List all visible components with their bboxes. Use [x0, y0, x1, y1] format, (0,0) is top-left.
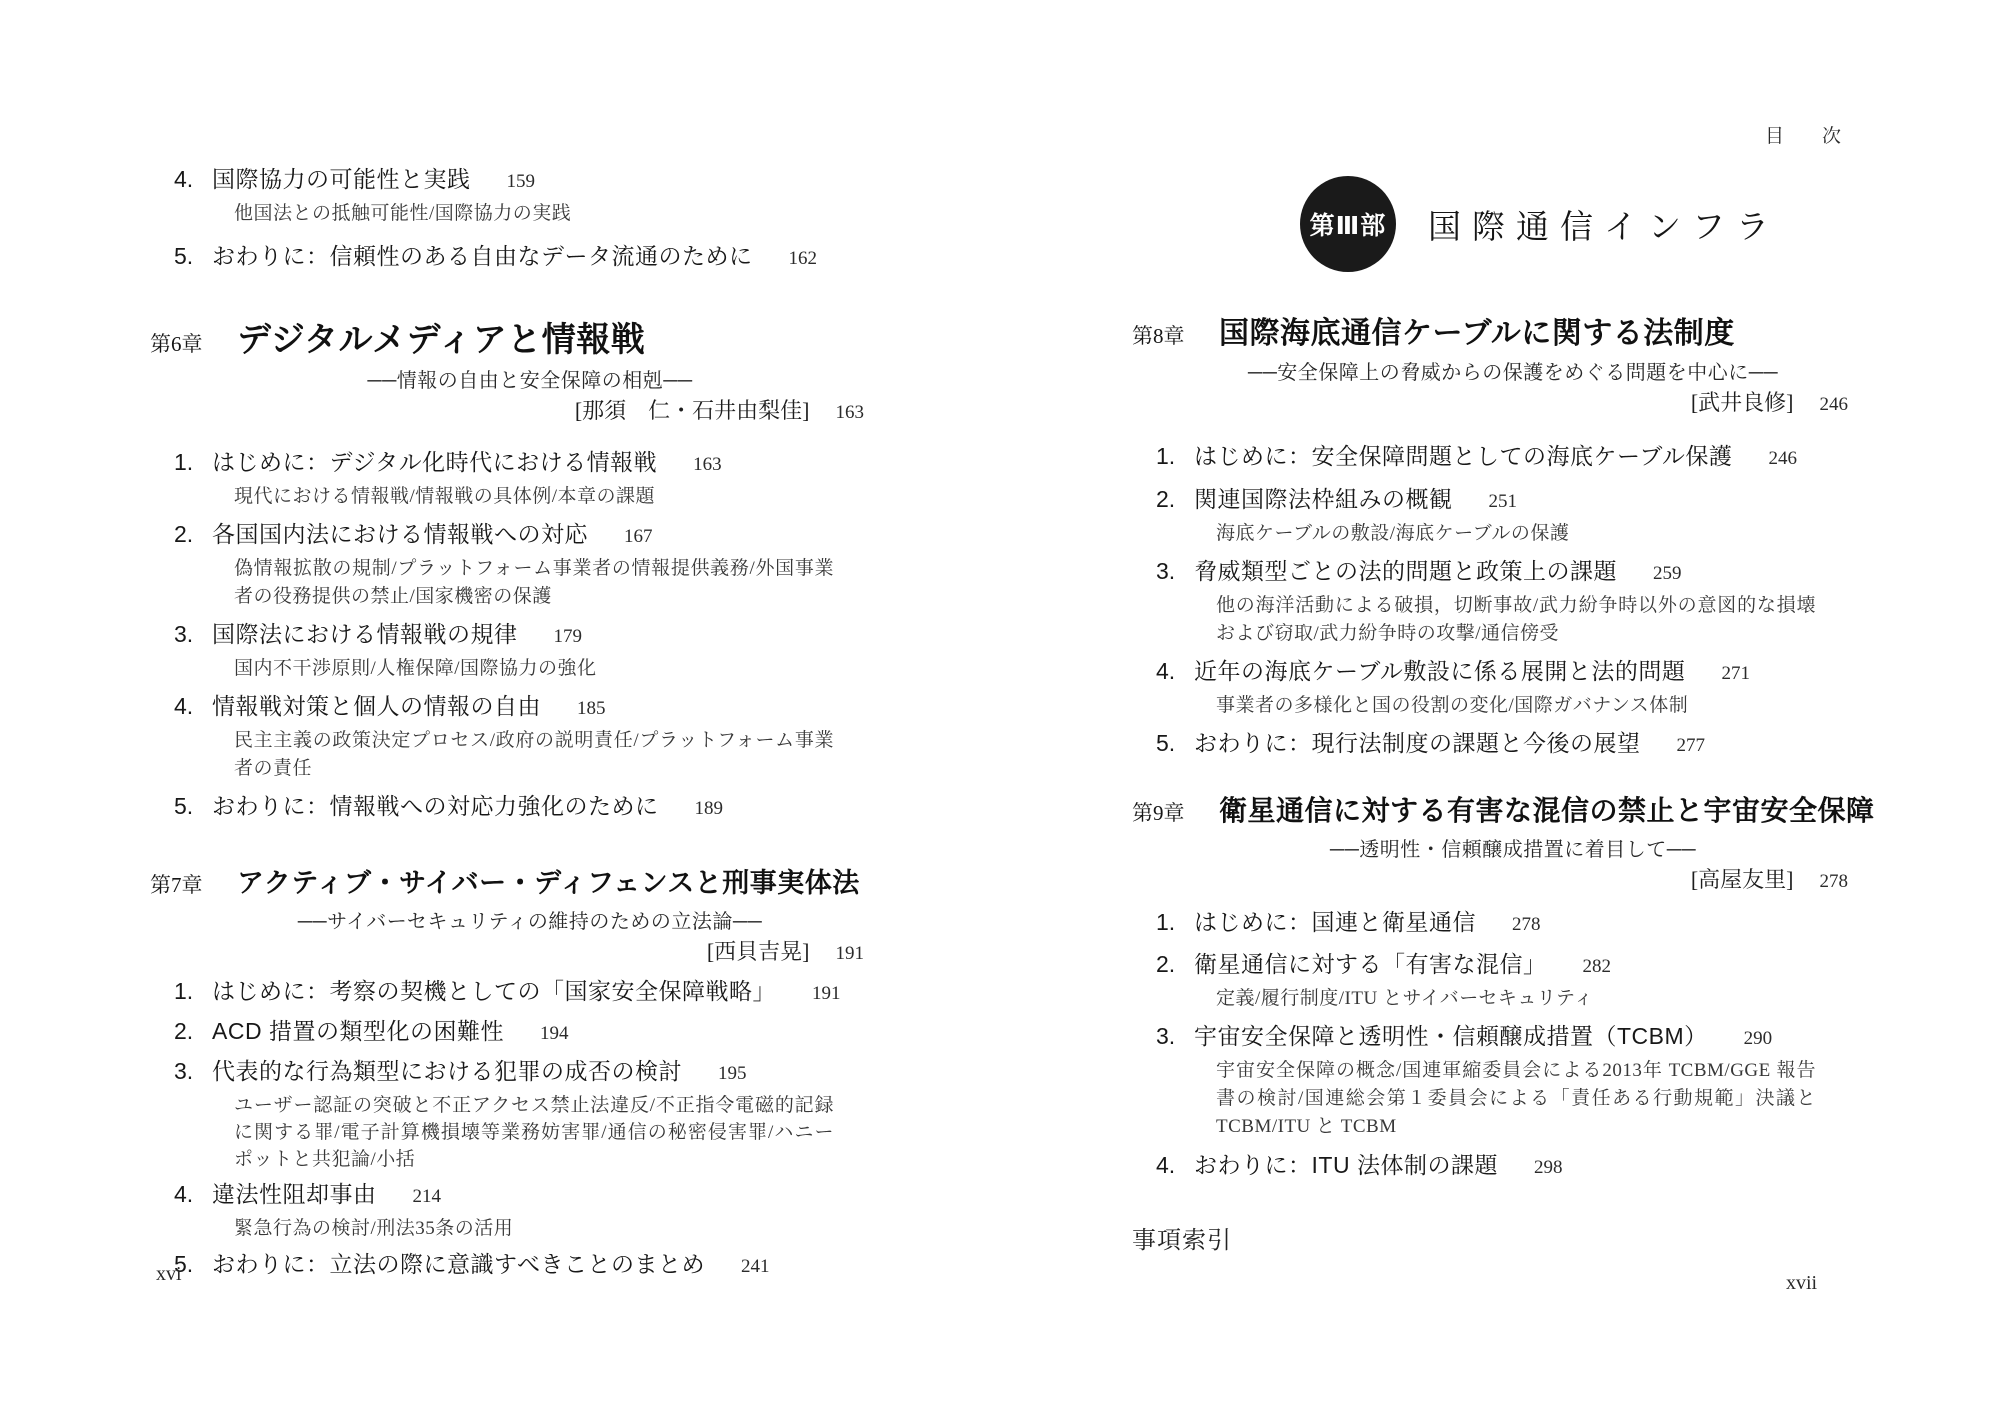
chapter-page-number: 191: [836, 939, 865, 969]
entry-title: 各国国内法における情報戦への対応: [212, 518, 588, 551]
chapter-authors: [武井良修]: [1691, 388, 1794, 418]
entry-number: 5.: [174, 240, 212, 273]
entry-page-number: 179: [554, 620, 583, 653]
entry-subtopics: 民主主義の政策決定プロセス/政府の説明責任/プラットフォーム事業者の責任: [234, 727, 834, 783]
entry-title: おわりに：信頼性のある自由なデータ流通のために: [212, 240, 753, 273]
toc-entry: 2. 各国国内法における情報戦への対応 167: [150, 518, 864, 553]
entry-title: おわりに：ITU 法体制の課題: [1194, 1149, 1498, 1182]
entry-page-number: 298: [1534, 1151, 1563, 1184]
entry-title: 国際協力の可能性と実践: [212, 163, 471, 196]
entry-number: 1.: [174, 446, 212, 479]
entry-subtopics: 他国法との抵触可能性/国際協力の実践: [234, 200, 834, 228]
entry-page-number: 163: [693, 448, 722, 481]
entry-page-number: 251: [1489, 485, 1518, 518]
entry-title: 国際法における情報戦の規律: [212, 618, 518, 651]
entry-title: 違法性阻却事由: [212, 1178, 377, 1211]
entry-subtopics: 緊急行為の検討/刑法35条の活用: [234, 1215, 834, 1243]
entry-page-number: 191: [812, 977, 841, 1010]
chapter-authors-row: [那須 仁・石井由梨佳] 163: [150, 396, 864, 428]
entry-page-number: 167: [624, 520, 653, 553]
chapter-page-number: 246: [1820, 390, 1849, 420]
entry-number: 3.: [1156, 555, 1194, 588]
toc-entry: 4. おわりに：ITU 法体制の課題 298: [1132, 1149, 1848, 1184]
toc-entry: 4. 近年の海底ケーブル敷設に係る展開と法的問題 271: [1132, 655, 1848, 690]
chapter-authors-row: [武井良修] 246: [1132, 388, 1848, 420]
entry-subtopics: 現代における情報戦/情報戦の具体例/本章の課題: [234, 483, 834, 511]
chapter-authors: [那須 仁・石井由梨佳]: [575, 396, 810, 426]
entry-number: 2.: [1156, 483, 1194, 516]
entry-number: 4.: [174, 163, 212, 196]
entry-page-number: 195: [718, 1057, 747, 1090]
entry-number: 1.: [1156, 906, 1194, 939]
chapter-subtitle: ──透明性・信頼醸成措置に着目して──: [1132, 835, 1848, 865]
chapter-heading: 第7章 アクティブ・サイバー・ディフェンスと刑事実体法: [150, 861, 864, 907]
entry-subtopics: 国内不干渉原則/人権保障/国際協力の強化: [234, 655, 834, 683]
toc-entry: 5. おわりに：情報戦への対応力強化のために 189: [150, 790, 864, 825]
chapter-title: 衛星通信に対する有害な混信の禁止と宇宙安全保障: [1219, 790, 1875, 834]
entry-subtopics: 偽情報拡散の規制/プラットフォーム事業者の情報提供義務/外国事業者の役務提供の禁…: [234, 555, 834, 611]
toc-entry: 5. おわりに：現行法制度の課題と今後の展望 277: [1132, 727, 1848, 762]
entry-number: 3.: [174, 1055, 212, 1088]
chapter-heading: 第8章 国際海底通信ケーブルに関する法制度: [1132, 312, 1848, 358]
entry-title: ACD 措置の類型化の困難性: [212, 1015, 504, 1048]
entry-number: 5.: [174, 790, 212, 823]
entry-page-number: 162: [789, 242, 818, 275]
entry-subtopics: ユーザー認証の突破と不正アクセス禁止法違反/不正指令電磁的記録に関する罪/電子計…: [234, 1092, 834, 1173]
entry-title: 代表的な行為類型における犯罪の成否の検討: [212, 1055, 682, 1088]
chapter-heading: 第6章 デジタルメディアと情報戦: [150, 319, 864, 366]
entry-page-number: 241: [741, 1250, 770, 1283]
chapter-title: 国際海底通信ケーブルに関する法制度: [1219, 312, 1735, 356]
entry-title: はじめに：デジタル化時代における情報戦: [212, 446, 657, 479]
entry-subtopics: 宇宙安全保障の概念/国連軍縮委員会による2013年 TCBM/GGE 報告書の検…: [1216, 1057, 1816, 1141]
entry-number: 2.: [174, 1015, 212, 1048]
chapter-title: アクティブ・サイバー・ディフェンスと刑事実体法: [237, 861, 860, 905]
entry-title: おわりに：立法の際に意識すべきことのまとめ: [212, 1248, 705, 1281]
entry-number: 3.: [174, 618, 212, 651]
entry-subtopics: 海底ケーブルの敷設/海底ケーブルの保護: [1216, 520, 1816, 548]
subject-index-label: 事項索引: [1132, 1220, 1848, 1255]
page-number-left: xvi: [156, 1263, 182, 1286]
entry-number: 3.: [1156, 1020, 1194, 1053]
chapter-subtitle: ──安全保障上の脅威からの保護をめぐる問題を中心に──: [1132, 358, 1848, 388]
entry-page-number: 159: [507, 165, 536, 198]
toc-entry: 2. 関連国際法枠組みの概観 251: [1132, 483, 1848, 518]
entry-number: 1.: [174, 975, 212, 1008]
entry-number: 4.: [174, 1178, 212, 1211]
entry-number: 2.: [174, 518, 212, 551]
entry-title: 脅威類型ごとの法的問題と政策上の課題: [1194, 555, 1617, 588]
toc-entry: 4. 情報戦対策と個人の情報の自由 185: [150, 690, 864, 725]
chapter-label: 第7章: [150, 863, 237, 907]
chapter-page-number: 278: [1820, 867, 1849, 897]
entry-title: 情報戦対策と個人の情報の自由: [212, 690, 541, 723]
entry-title: おわりに：情報戦への対応力強化のために: [212, 790, 659, 823]
entry-page-number: 185: [577, 692, 606, 725]
chapter-title: デジタルメディアと情報戦: [237, 319, 645, 363]
toc-entry: 5. おわりに：信頼性のある自由なデータ流通のために 162: [150, 240, 864, 275]
entry-subtopics: 他の海洋活動による破損，切断事故/武力紛争時以外の意図的な損壊および窃取/武力紛…: [1216, 592, 1816, 648]
entry-title: 関連国際法枠組みの概観: [1194, 483, 1453, 516]
entry-number: 4.: [1156, 655, 1194, 688]
entry-page-number: 214: [413, 1180, 442, 1213]
entry-title: おわりに：現行法制度の課題と今後の展望: [1194, 727, 1641, 760]
toc-entry: 4. 違法性阻却事由 214: [150, 1178, 864, 1213]
right-page: 第Ⅲ部 国際通信インフラ 第8章 国際海底通信ケーブルに関する法制度 ──安全保…: [1132, 92, 1848, 1255]
entry-title: はじめに：国連と衛星通信: [1194, 906, 1476, 939]
entry-page-number: 282: [1583, 950, 1612, 983]
chapter-authors-row: [高屋友里] 278: [1132, 865, 1848, 897]
entry-number: 1.: [1156, 440, 1194, 473]
chapter-authors-row: [西貝吉晃] 191: [150, 937, 864, 969]
entry-title: 近年の海底ケーブル敷設に係る展開と法的問題: [1194, 655, 1685, 688]
toc-entry: 4. 国際協力の可能性と実践 159: [150, 163, 864, 198]
chapter-subtitle: ──情報の自由と安全保障の相剋──: [150, 366, 864, 396]
entry-page-number: 194: [540, 1017, 569, 1050]
entry-title: はじめに：考察の契機としての「国家安全保障戦略」: [212, 975, 776, 1008]
entry-page-number: 277: [1677, 729, 1706, 762]
entry-number: 4.: [1156, 1149, 1194, 1182]
part-number-badge: 第Ⅲ部: [1300, 176, 1396, 272]
entry-page-number: 278: [1512, 908, 1541, 941]
part-title: 国際通信インフラ: [1428, 201, 1780, 248]
entry-number: 4.: [174, 690, 212, 723]
chapter-subtitle: ──サイバーセキュリティの維持のための立法論──: [150, 907, 864, 937]
entry-title: 宇宙安全保障と透明性・信頼醸成措置（TCBM）: [1194, 1020, 1708, 1053]
chapter-label: 第9章: [1132, 791, 1219, 835]
entry-page-number: 246: [1768, 442, 1797, 475]
toc-entry: 1. はじめに：デジタル化時代における情報戦 163: [150, 446, 864, 481]
chapter-authors: [高屋友里]: [1691, 865, 1794, 895]
chapter-label: 第6章: [150, 322, 237, 366]
page-number-right: xvii: [1786, 1272, 1817, 1295]
toc-entry: 1. はじめに：国連と衛星通信 278: [1132, 906, 1848, 941]
left-page: 4. 国際協力の可能性と実践 159 他国法との抵触可能性/国際協力の実践 5.…: [150, 163, 864, 1283]
chapter-authors: [西貝吉晃]: [707, 937, 810, 967]
entry-page-number: 259: [1653, 557, 1682, 590]
toc-entry: 3. 国際法における情報戦の規律 179: [150, 618, 864, 653]
entry-number: 2.: [1156, 948, 1194, 981]
toc-entry: 3. 宇宙安全保障と透明性・信頼醸成措置（TCBM） 290: [1132, 1020, 1848, 1055]
entry-page-number: 271: [1721, 657, 1750, 690]
chapter-page-number: 163: [836, 398, 865, 428]
chapter-heading: 第9章 衛星通信に対する有害な混信の禁止と宇宙安全保障: [1132, 790, 1848, 835]
entry-title: はじめに：安全保障問題としての海底ケーブル保護: [1194, 440, 1732, 473]
chapter-label: 第8章: [1132, 314, 1219, 358]
toc-entry: 2. 衛星通信に対する「有害な混信」 282: [1132, 948, 1848, 983]
entry-number: 5.: [1156, 727, 1194, 760]
entry-subtopics: 定義/履行制度/ITU とサイバーセキュリティ: [1216, 985, 1816, 1013]
entry-page-number: 290: [1744, 1022, 1773, 1055]
part-banner: 第Ⅲ部 国際通信インフラ: [1132, 176, 1848, 272]
toc-entry: 1. はじめに：考察の契機としての「国家安全保障戦略」 191: [150, 975, 864, 1010]
toc-entry: 3. 脅威類型ごとの法的問題と政策上の課題 259: [1132, 555, 1848, 590]
toc-entry: 3. 代表的な行為類型における犯罪の成否の検討 195: [150, 1055, 864, 1090]
entry-page-number: 189: [695, 792, 724, 825]
toc-entry: 5. おわりに：立法の際に意識すべきことのまとめ 241: [150, 1248, 864, 1283]
toc-entry: 1. はじめに：安全保障問題としての海底ケーブル保護 246: [1132, 440, 1848, 475]
entry-title: 衛星通信に対する「有害な混信」: [1194, 948, 1547, 981]
toc-entry: 2. ACD 措置の類型化の困難性 194: [150, 1015, 864, 1050]
entry-subtopics: 事業者の多様化と国の役割の変化/国際ガバナンス体制: [1216, 692, 1816, 720]
